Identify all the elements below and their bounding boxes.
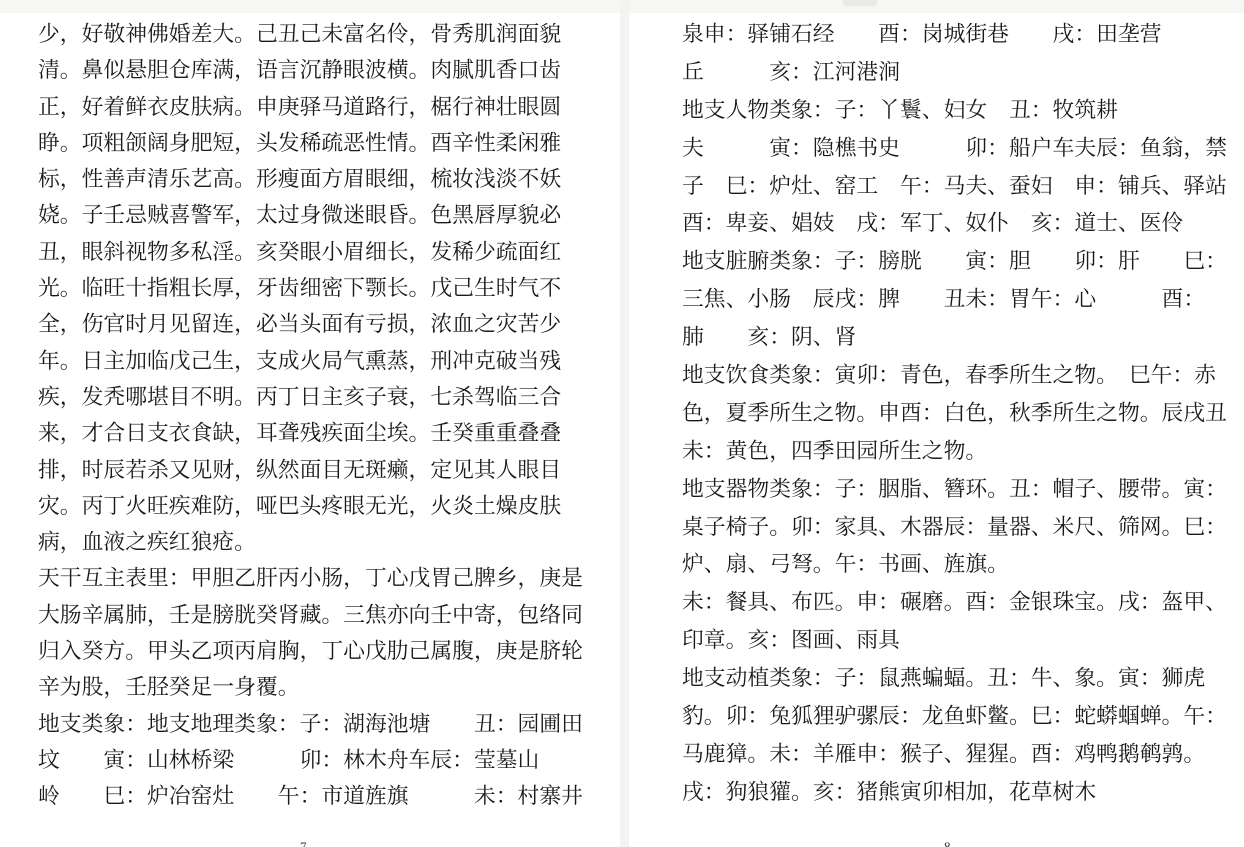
page-8-number: 8: [944, 840, 951, 847]
text-line: 戌：狗狼獾。亥：猪熊寅卯相加，花草树木: [682, 774, 1210, 812]
text-line: 丑，眼斜视物多私淫。亥癸眼小眉细长，发稀少疏面红: [38, 234, 566, 270]
text-line: 泉申：驿铺石经 酉：岗城街巷 戌：田垄营: [682, 16, 1210, 54]
text-line: 归入癸方。甲头乙项丙肩胸，丁心戊肋己属腹，庚是脐轮: [38, 633, 566, 669]
text-line: 丘 亥：江河港涧: [682, 54, 1210, 92]
page-7-text-block: 少，好敬神佛婚差大。己丑己未富名伶，骨秀肌润面貌清。鼻似悬胆仓库满，语言沉静眼波…: [38, 16, 566, 815]
text-line: 全，伤官时月见留连，必当头面有亏损，浓血之灾苦少: [38, 306, 566, 342]
document-viewer: 少，好敬神佛婚差大。己丑己未富名伶，骨秀肌润面貌清。鼻似悬胆仓库满，语言沉静眼波…: [0, 0, 1244, 847]
text-line: 娆。子壬忌贼喜警军，太过身微迷眼昏。色黑唇厚貌必: [38, 197, 566, 233]
text-line: 色，夏季所生之物。申酉：白色，秋季所生之物。辰戌丑: [682, 395, 1210, 433]
text-line: 桌子椅子。卯：家具、木器辰：量器、米尺、筛网。巳：: [682, 509, 1210, 547]
text-line: 年。日主加临戊己生，支成火局气熏蒸，刑冲克破当残: [38, 343, 566, 379]
text-line: 排，时辰若杀又见财，纵然面目无斑癞，定见其人眼目: [38, 452, 566, 488]
text-line: 地支类象：地支地理类象：子：湖海池塘 丑：园圃田: [38, 706, 566, 742]
text-line: 未：餐具、布匹。申：碾磨。酉：金银珠宝。戌：盔甲、: [682, 584, 1210, 622]
text-line: 标，性善声清乐艺高。形瘦面方眉眼细，梳妆浅淡不妖: [38, 161, 566, 197]
page-gap-divider: [620, 0, 629, 847]
text-line: 少，好敬神佛婚差大。己丑己未富名伶，骨秀肌润面貌: [38, 16, 566, 52]
text-line: 光。临旺十指粗长厚，牙齿细密下颚长。戊己生时气不: [38, 270, 566, 306]
document-page-8: 泉申：驿铺石经 酉：岗城街巷 戌：田垄营丘 亥：江河港涧地支人物类象：子：丫鬟、…: [629, 13, 1244, 847]
text-line: 酉：卑妾、娼妓 戌：军丁、奴仆 亥：道士、医伶: [682, 205, 1210, 243]
page-8-text-block: 泉申：驿铺石经 酉：岗城街巷 戌：田垄营丘 亥：江河港涧地支人物类象：子：丫鬟、…: [682, 16, 1210, 812]
text-line: 大肠辛属肺，壬是膀胱癸肾藏。三焦亦向壬中寄，包络同: [38, 597, 566, 633]
text-line: 地支器物类象：子：胭脂、簪环。丑：帽子、腰带。寅：: [682, 471, 1210, 509]
text-line: 坟 寅：山林桥梁 卯：林木舟车辰：莹墓山: [38, 742, 566, 778]
text-line: 地支动植类象：子：鼠燕蝙蝠。丑：牛、象。寅：狮虎: [682, 660, 1210, 698]
text-line: 三焦、小肠 辰戌：脾 丑未：胃午：心 酉：: [682, 281, 1210, 319]
text-line: 灾。丙丁火旺疾难防，哑巴头疼眼无光，火炎土燥皮肤: [38, 488, 566, 524]
text-line: 肺 亥：阴、肾: [682, 319, 1210, 357]
text-line: 地支饮食类象：寅卯：青色，春季所生之物。 巳午：赤: [682, 357, 1210, 395]
text-line: 清。鼻似悬胆仓库满，语言沉静眼波横。肉腻肌香口齿: [38, 52, 566, 88]
text-line: 炉、扇、弓弩。午：书画、旌旗。: [682, 546, 1210, 584]
document-page-7: 少，好敬神佛婚差大。己丑己未富名伶，骨秀肌润面貌清。鼻似悬胆仓库满，语言沉静眼波…: [0, 13, 620, 847]
text-line: 地支人物类象：子：丫鬟、妇女 丑：牧筑耕: [682, 92, 1210, 130]
text-line: 夫 寅：隐樵书史 卯：船户车夫辰：鱼翁，禁: [682, 130, 1210, 168]
text-line: 正，好着鲜衣皮肤病。申庚驿马道路行，椐行神壮眼圆: [38, 89, 566, 125]
text-line: 岭 巳：炉冶窑灶 午：市道旌旗 未：村寨井: [38, 778, 566, 814]
text-line: 辛为股，壬胫癸足一身覆。: [38, 669, 566, 705]
text-line: 豹。卯：兔狐狸驴骡辰：龙鱼虾鳖。巳：蛇蟒蝈蝉。午：: [682, 698, 1210, 736]
text-line: 天干互主表里：甲胆乙肝丙小肠，丁心戊胃己脾乡，庚是: [38, 560, 566, 596]
text-line: 病，血液之疾红狼疮。: [38, 524, 566, 560]
page-7-number: 7: [300, 840, 307, 847]
text-line: 子 巳：炉灶、窑工 午：马夫、蚕妇 申：铺兵、驿站: [682, 168, 1210, 206]
text-line: 未：黄色，四季田园所生之物。: [682, 433, 1210, 471]
text-line: 马鹿獐。未：羊雁申：猴子、猩猩。酉：鸡鸭鹅鹌鹑。: [682, 736, 1210, 774]
text-line: 地支脏腑类象：子：膀胱 寅：胆 卯：肝 巳：: [682, 243, 1210, 281]
text-line: 印章。亥：图画、雨具: [682, 622, 1210, 660]
text-line: 睁。项粗颌阔身肥短，头发稀疏恶性情。酉辛性柔闲雅: [38, 125, 566, 161]
text-line: 疾，发秃哪堪目不明。丙丁日主亥子衰，七杀驾临三合: [38, 379, 566, 415]
text-line: 来，才合日支衣食缺，耳聋残疾面尘埃。壬癸重重叠叠: [38, 415, 566, 451]
previous-page-edge-artifact: [843, 0, 877, 6]
